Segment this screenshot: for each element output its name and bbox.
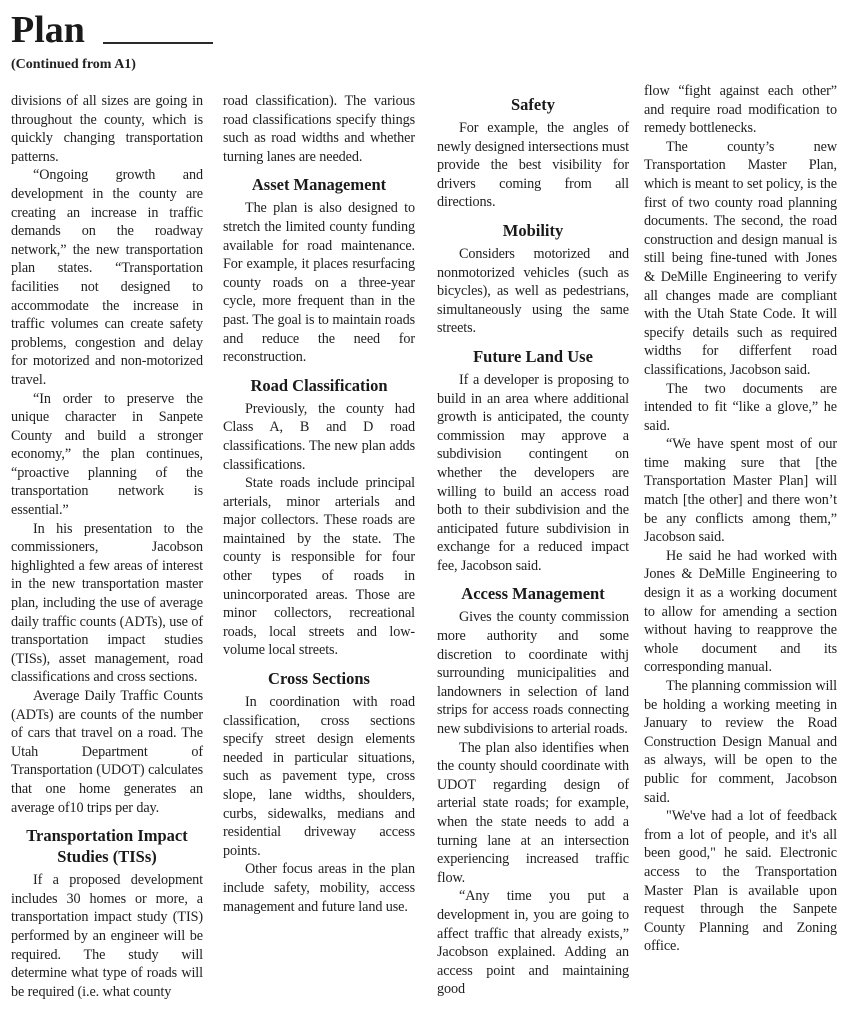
paragraph: He said he had worked with Jones & DeMil… [644,547,837,677]
article-header: Plan (Continued from A1) [11,8,213,73]
column-2: road classification). The various road c… [223,92,415,1001]
section-heading: Asset Management [223,174,415,195]
paragraph: In coordination with road classification… [223,693,415,860]
column-1: divisions of all sizes are going in thro… [11,92,203,1001]
section-heading: Safety [437,94,629,115]
section-heading: Cross Sections [223,668,415,689]
column-3: SafetyFor example, the angles of newly d… [437,92,629,1001]
continued-from-label: (Continued from A1) [11,57,213,73]
section-heading: Road Classification [223,375,415,396]
title-rule [103,42,213,44]
paragraph: Average Daily Traffic Counts (ADTs) are … [11,687,203,817]
paragraph: “Any time you put a development in, you … [437,887,629,999]
paragraph: The two documents are intended to fit “l… [644,380,837,436]
column-4: flow “fight against each other” and requ… [644,82,837,991]
section-heading: Mobility [437,220,629,241]
section-heading: Future Land Use [437,346,629,367]
paragraph: “Ongoing growth and development in the c… [11,166,203,389]
paragraph: The county’s new Transportation Master P… [644,138,837,380]
paragraph: State roads include principal arterials,… [223,474,415,660]
paragraph: If a developer is proposing to build in … [437,371,629,576]
paragraph: Gives the county commission more authori… [437,608,629,738]
section-heading: Access Management [437,583,629,604]
article-title: Plan [11,8,85,52]
paragraph: The plan also identifies when the county… [437,739,629,888]
article-body: divisions of all sizes are going in thro… [11,92,837,1001]
paragraph: “In order to preserve the unique charact… [11,390,203,520]
paragraph: The planning commission will be holding … [644,677,837,807]
paragraph: For example, the angles of newly designe… [437,119,629,212]
paragraph: flow “fight against each other” and requ… [644,82,837,138]
paragraph: “We have spent most of our time making s… [644,435,837,547]
paragraph: divisions of all sizes are going in thro… [11,92,203,166]
paragraph: If a proposed development includes 30 ho… [11,871,203,1001]
section-heading: Transportation Impact Studies (TISs) [11,825,203,867]
paragraph: In his presentation to the commissioners… [11,520,203,687]
paragraph: "We've had a lot of feedback from a lot … [644,807,837,956]
title-row: Plan [11,8,213,52]
paragraph: Considers motorized and nonmotorized veh… [437,245,629,338]
paragraph: Previously, the county had Class A, B an… [223,400,415,474]
paragraph: The plan is also designed to stretch the… [223,199,415,366]
paragraph: Other focus areas in the plan include sa… [223,860,415,916]
paragraph: road classification). The various road c… [223,92,415,166]
